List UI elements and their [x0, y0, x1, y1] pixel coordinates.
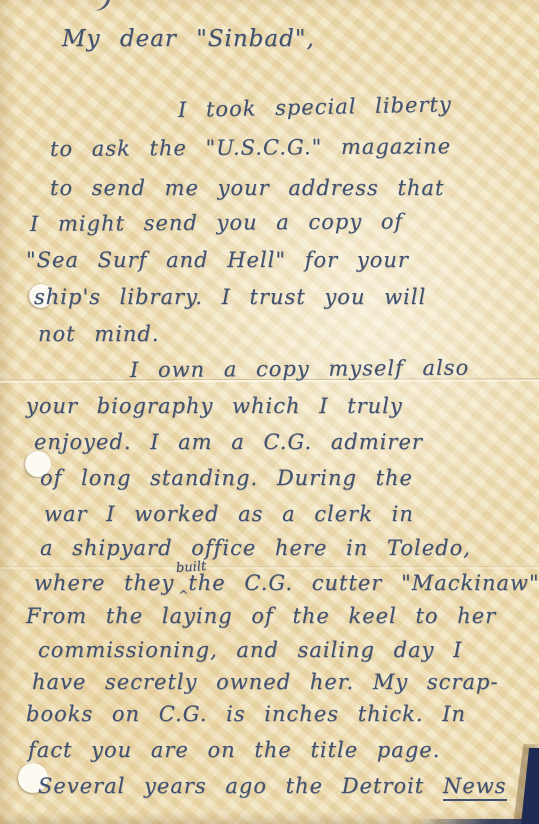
letter-line: books on C.G. is inches thick. In — [26, 702, 466, 726]
insertion-caret: ^ — [178, 588, 188, 602]
letter-line: From the laying of the keel to her — [26, 604, 496, 628]
letter-line-last: Several years ago the Detroit News — [38, 774, 507, 798]
letter-scan-page: My dear "Sinbad", I took special liberty… — [0, 0, 539, 824]
letter-line: not mind. — [38, 322, 160, 346]
letter-line: ship's library. I trust you will — [34, 285, 426, 309]
letter-line: have secretly owned her. My scrap- — [32, 670, 499, 694]
text-after-insertion: the C.G. cutter "Mackinaw". — [188, 571, 539, 595]
letter-line: war I worked as a clerk in — [44, 502, 414, 526]
letter-line: I own a copy myself also — [130, 356, 469, 382]
letter-line: to send me your address that — [50, 176, 444, 200]
letter-line: I took special liberty — [178, 92, 452, 122]
last-line-prefix: Several years ago the Detroit — [38, 774, 424, 798]
letter-line: fact you are on the title page. — [28, 738, 440, 762]
text-before-insertion: where they — [34, 571, 174, 595]
inserted-word: built — [176, 559, 207, 576]
letter-line: your biography which I truly — [26, 394, 403, 418]
letter-line: I might send you a copy of — [30, 209, 403, 236]
letter-line: to ask the "U.S.C.G." magazine — [50, 134, 451, 161]
stray-ink-mark — [89, 0, 111, 14]
letter-line: of long standing. During the — [40, 466, 413, 490]
letter-line: commissioning, and sailing day I — [38, 638, 462, 662]
salutation-line: My dear "Sinbad", — [62, 26, 315, 52]
letter-line: a shipyard office here in Toledo, — [40, 536, 471, 560]
letter-line-with-insertion: where they^builtthe C.G. cutter "Mackina… — [34, 571, 539, 595]
letter-line: "Sea Surf and Hell" for your — [26, 248, 409, 272]
scan-bottom-dark-edge — [419, 819, 539, 824]
letter-line: enjoyed. I am a C.G. admirer — [34, 430, 423, 454]
fold-crease-faint — [0, 566, 539, 569]
underlined-word: News — [443, 774, 507, 801]
